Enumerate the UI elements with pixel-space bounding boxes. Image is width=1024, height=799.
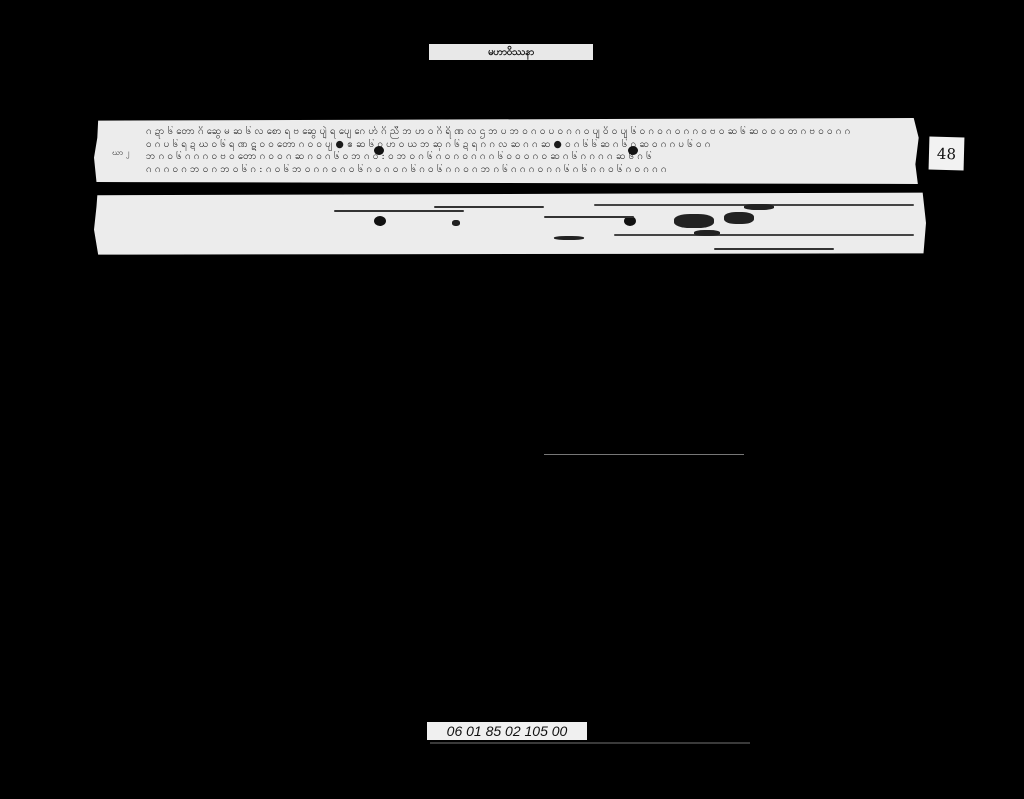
palm-leaf-top: ဃာ ၂ ဂ ဍာ ၆ တော ဂိ ဆွေ မ ဆ ၆ လ စော ရ ဗ ဆ…	[94, 118, 922, 184]
page-number-tag: 48	[929, 137, 965, 171]
stain-mark	[452, 220, 460, 226]
leaf-margin-label: ဃာ ၂	[112, 147, 130, 159]
damage-patch	[724, 212, 754, 224]
crack-streak	[334, 210, 464, 212]
crack-streak	[614, 234, 914, 236]
scan-edge-artifact	[430, 742, 750, 744]
manuscript-text-block: ဂ ဍာ ၆ တော ဂိ ဆွေ မ ဆ ၆ လ စော ရ ဗ ဆွေ ပျ…	[146, 126, 916, 176]
binding-hole	[628, 146, 638, 155]
damage-patch	[744, 204, 774, 210]
crack-streak	[714, 248, 834, 250]
crack-streak	[434, 206, 544, 208]
damage-patch	[694, 230, 720, 236]
manuscript-line: ဝ ဂ ပ ၆ ရ ဍ ဃ ဝ ၆ ရ ဏ ဋ ဝ ၀ တော ဂ ၀ ၀ ပျ…	[146, 139, 916, 152]
reference-id-label: 06 01 85 02 105 00	[427, 722, 587, 740]
binding-hole	[374, 216, 386, 226]
manuscript-line: ဂ ဂ ဂ ဝ ဂ ဘ ၀ ဂ ဘ ၀ ၆ ဂ : ဂ ဝ ၆ ဘ ဝ ဂ ဂ …	[146, 164, 916, 177]
binding-hole	[374, 146, 384, 155]
manuscript-line: ဂ ဍာ ၆ တော ဂိ ဆွေ မ ဆ ၆ လ စော ရ ဗ ဆွေ ပျ…	[146, 126, 916, 139]
manuscript-title-label: မဟာဝိဿနာ	[429, 44, 593, 60]
scan-artifact-line	[544, 454, 744, 455]
crack-streak	[544, 216, 634, 218]
manuscript-line: ဘ ဂ ၀ ၆ ဂ ဂ ဂ ဝ ဗ ဝ တော ဂ ၀ ၀ ဂ ဆ ဂ ဝ ဂ …	[146, 151, 916, 164]
damage-patch	[554, 236, 584, 240]
palm-leaf-bottom	[94, 190, 926, 256]
damage-patch	[674, 214, 714, 228]
